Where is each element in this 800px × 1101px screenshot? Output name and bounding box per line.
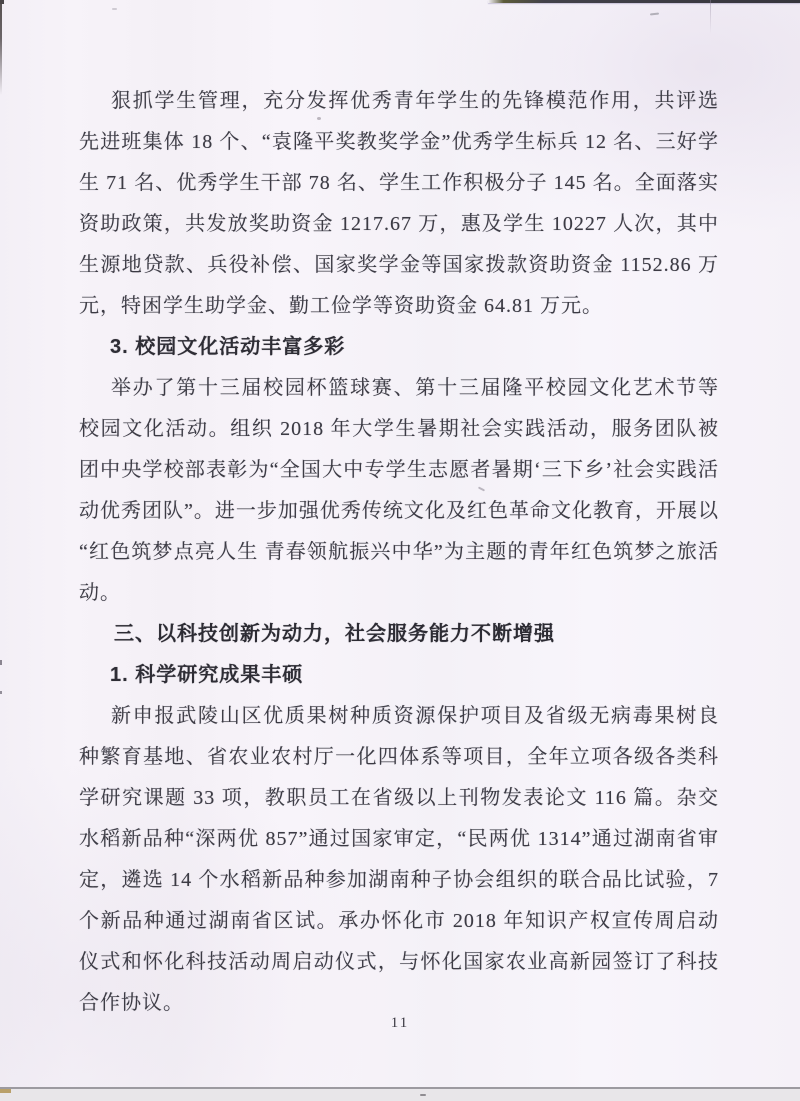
scanned-document-page: 狠抓学生管理，充分发挥优秀青年学生的先锋模范作用，共评选先进班集体 18 个、“…: [0, 0, 800, 1101]
paragraph-campus-culture: 举办了第十三届校园杯篮球赛、第十三届隆平校园文化艺术节等校园文化活动。组织 20…: [79, 368, 719, 614]
heading-scientific-research: 1. 科学研究成果丰硕: [79, 655, 719, 696]
scan-speck: [0, 691, 2, 694]
scan-corner-speck: [0, 0, 4, 4]
paragraph-scientific-research: 新申报武陵山区优质果树种质资源保护项目及省级无病毒果树良种繁育基地、省农业农村厅…: [79, 696, 719, 1024]
scan-edge-top-right: [488, 0, 800, 3]
scan-speck: [650, 13, 659, 16]
scan-speck: [112, 8, 117, 10]
heading-campus-culture: 3. 校园文化活动丰富多彩: [79, 327, 719, 368]
scan-bottom-band: [0, 1087, 800, 1101]
scan-speck: [0, 1089, 11, 1093]
scan-crease: [710, 0, 711, 34]
page-content: 狠抓学生管理，充分发挥优秀青年学生的先锋模范作用，共评选先进班集体 18 个、“…: [79, 81, 719, 1024]
scan-speck: [420, 1094, 426, 1096]
scan-edge-left: [0, 0, 2, 95]
scan-speck: [0, 660, 2, 665]
paragraph-student-management: 狠抓学生管理，充分发挥优秀青年学生的先锋模范作用，共评选先进班集体 18 个、“…: [79, 81, 719, 327]
heading-section-three: 三、以科技创新为动力，社会服务能力不断增强: [79, 614, 719, 655]
page-number: 11: [0, 1015, 800, 1032]
